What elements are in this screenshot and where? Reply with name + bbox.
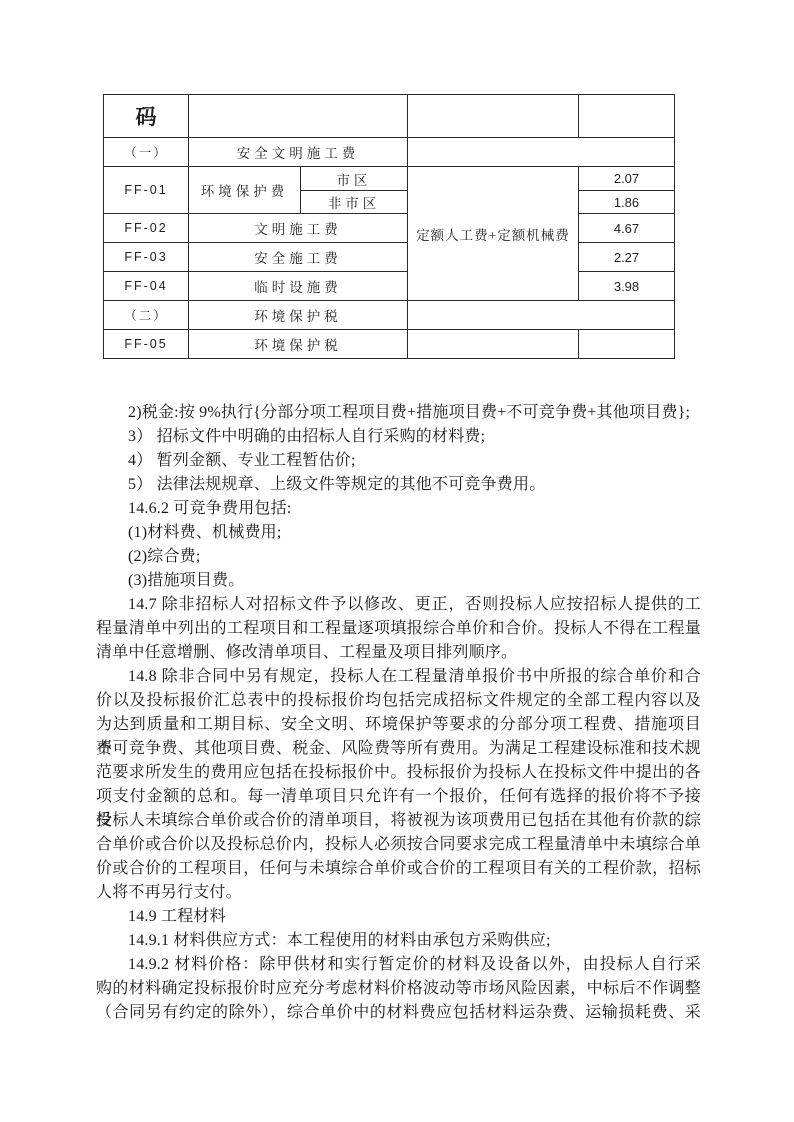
table-cell: 环境保护税 [189, 301, 408, 330]
table-row: （一）安全文明施工费 [104, 138, 675, 167]
paragraph-line: (3)措施项目费。 [96, 569, 701, 593]
paragraph-line: 3） 招标文件中明确的由招标人自行采购的材料费; [96, 425, 701, 449]
paragraph-line: 人将不再另行支付。 [96, 881, 701, 905]
table-cell-empty [579, 95, 675, 138]
body-text: 2)税金:按 9%执行{分部分项工程项目费+措施项目费+不可竞争费+其他项目费}… [96, 401, 701, 1025]
table-cell: FF-02 [104, 214, 189, 243]
table-cell-empty [189, 95, 408, 138]
table-cell: FF-04 [104, 272, 189, 301]
paragraph-line: 合单价或合价以及投标总价内，投标人必须按合同要求完成工程量清单中未填综合单 [96, 833, 701, 857]
table-row: FF-04临时设施费3.98 [104, 272, 675, 301]
table-cell: 定额人工费+定额机械费 [408, 167, 579, 301]
paragraph-line: 投标人未填综合单价或合价的清单项目，将被视为该项费用已包括在其他有价款的综 [96, 809, 701, 833]
paragraph-line: 14.9.2 材料价格：除甲供材和实行暂定价的材料及设备以外，由投标人自行采 [96, 953, 701, 977]
table-row: FF-03安全施工费2.27 [104, 243, 675, 272]
paragraph-line: 不可竞争费、其他项目费、税金、风险费等所有费用。为满足工程建设标准和技术规 [96, 737, 701, 761]
table-cell: 安全施工费 [189, 243, 408, 272]
table-cell: FF-05 [104, 330, 189, 359]
fee-rate-table-body: 码（一）安全文明施工费FF-01环境保护费市区定额人工费+定额机械费2.07非市… [104, 95, 675, 359]
table-cell: 1.86 [579, 191, 675, 214]
paragraph-line: 程量清单中列出的工程项目和工程量逐项填报综合单价和合价。投标人不得在工程量 [96, 617, 701, 641]
table-row: FF-01环境保护费市区定额人工费+定额机械费2.07 [104, 167, 675, 191]
table-cell-empty [579, 330, 675, 359]
table-cell: 环境保护税 [189, 330, 408, 359]
table-cell-empty [408, 95, 579, 138]
table-row: 码 [104, 95, 675, 138]
paragraph-line: 价以及投标报价汇总表中的投标报价均包括完成招标文件规定的全部工程内容以及 [96, 689, 701, 713]
paragraph-line: 项支付金额的总和。每一清单项目只允许有一个报价，任何有选择的报价将不予接受。 [96, 785, 701, 809]
table-cell-empty [408, 301, 675, 330]
table-cell: 码 [104, 95, 189, 138]
paragraph-line: 购的材料确定投标报价时应充分考虑材料价格波动等市场风险因素，中标后不作调整 [96, 977, 701, 1001]
table-cell: FF-01 [104, 167, 189, 214]
paragraph-line: 为达到质量和工期目标、安全文明、环境保护等要求的分部分项工程费、措施项目费、 [96, 713, 701, 737]
table-cell: 2.27 [579, 243, 675, 272]
table-cell: 文明施工费 [189, 214, 408, 243]
paragraph-line: 14.8 除非合同中另有规定，投标人在工程量清单报价书中所报的综合单价和合 [96, 665, 701, 689]
table-cell: 市区 [301, 167, 408, 191]
table-row: FF-02文明施工费4.67 [104, 214, 675, 243]
paragraph-line: 14.6.2 可竞争费用包括: [96, 497, 701, 521]
paragraph-line: 4） 暂列金额、专业工程暂估价; [96, 449, 701, 473]
paragraph-line: （合同另有约定的除外），综合单价中的材料费应包括材料运杂费、运输损耗费、采 [96, 1001, 701, 1025]
document-page: 码（一）安全文明施工费FF-01环境保护费市区定额人工费+定额机械费2.07非市… [0, 0, 794, 1122]
table-cell: 4.67 [579, 214, 675, 243]
table-cell: 2.07 [579, 167, 675, 191]
table-cell: 3.98 [579, 272, 675, 301]
table-cell: 临时设施费 [189, 272, 408, 301]
paragraph-line: (1)材料费、机械费用; [96, 521, 701, 545]
table-cell: FF-03 [104, 243, 189, 272]
paragraph-line: 价或合价的工程项目，任何与未填综合单价或合价的工程项目有关的工程价款，招标 [96, 857, 701, 881]
table-cell: 非市区 [301, 191, 408, 214]
paragraph-line: (2)综合费; [96, 545, 701, 569]
table-cell: （一） [104, 138, 189, 167]
table-cell: 安全文明施工费 [189, 138, 408, 167]
paragraph-line: 清单中任意增删、修改清单项目、工程量及项目排列顺序。 [96, 641, 701, 665]
paragraph-line: 14.7 除非招标人对招标文件予以修改、更正，否则投标人应按招标人提供的工 [96, 593, 701, 617]
paragraph-line: 范要求所发生的费用应包括在投标报价中。投标报价为投标人在投标文件中提出的各 [96, 761, 701, 785]
table-cell: （二） [104, 301, 189, 330]
table-cell-empty [408, 138, 675, 167]
paragraph-line: 2)税金:按 9%执行{分部分项工程项目费+措施项目费+不可竞争费+其他项目费}… [96, 401, 701, 425]
table-cell-empty [408, 330, 579, 359]
paragraph-line: 14.9.1 材料供应方式：本工程使用的材料由承包方采购供应; [96, 929, 701, 953]
paragraph-line: 14.9 工程材料 [96, 905, 701, 929]
fee-rate-table: 码（一）安全文明施工费FF-01环境保护费市区定额人工费+定额机械费2.07非市… [103, 94, 675, 359]
paragraph-line: 5） 法律法规规章、上级文件等规定的其他不可竞争费用。 [96, 473, 701, 497]
table-cell: 环境保护费 [189, 167, 301, 214]
table-row: （二）环境保护税 [104, 301, 675, 330]
table-row: FF-05环境保护税 [104, 330, 675, 359]
